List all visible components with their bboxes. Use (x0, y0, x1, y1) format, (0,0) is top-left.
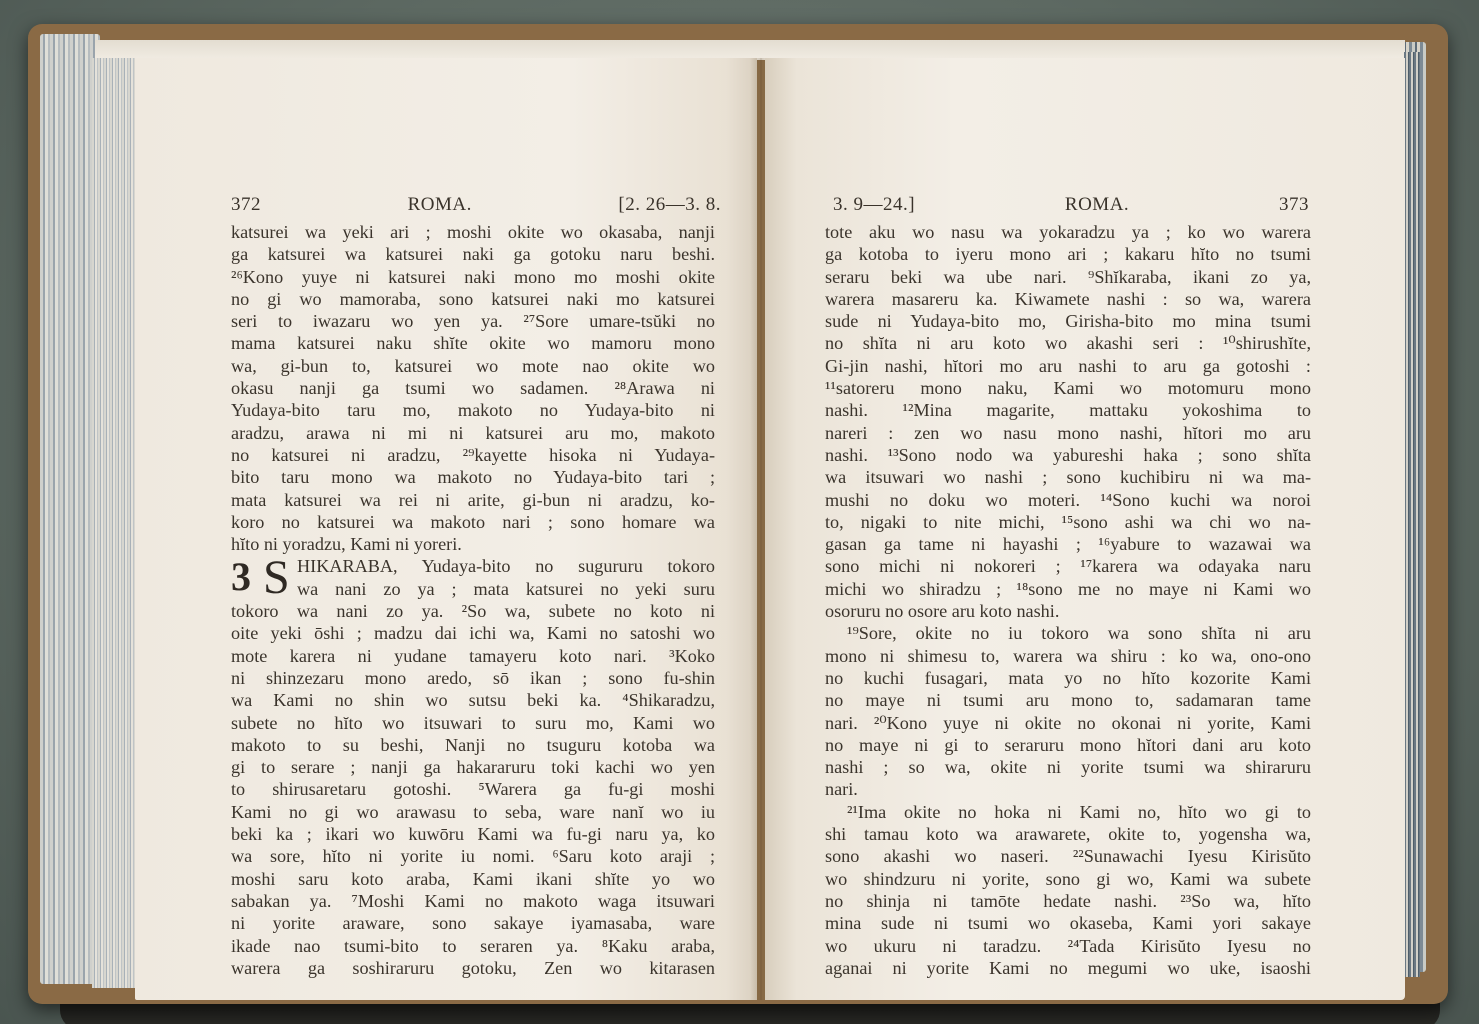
top-page-edge (95, 40, 1405, 60)
text-line: no maye ni tsumi aru mono to, sadamaran … (825, 689, 1311, 711)
text-line: mama katsurei naku shĭte okite wo mamoru… (231, 332, 715, 354)
text-line: Gi-jin nashi, hĭtori mo aru nashi to aru… (825, 355, 1311, 377)
text-line: sabakan ya. ⁷Moshi Kami no makoto waga i… (231, 890, 715, 912)
running-title: ROMA. (408, 194, 472, 216)
text-line: wa sore, hĭto ni yorite iu nomi. ⁶Saru k… (231, 845, 715, 867)
text-line: mata katsurei wa rei ni arite, gi-bun ni… (231, 489, 715, 511)
right-body-text: tote aku wo nasu wa yokaradzu ya ; ko wo… (825, 221, 1311, 979)
text-line: bito taru mono wa makoto no Yudaya-bito … (231, 466, 715, 488)
text-line: seraru beki wa ube nari. ⁹Shĭkaraba, ika… (825, 266, 1311, 288)
text-after-chapter: tokoro wa nani zo ya. ²So wa, subete no … (231, 600, 715, 979)
text-line: no katsurei ni aradzu, ²⁹kayette hisoka … (231, 444, 715, 466)
text-line: ¹¹satoreru mono naku, Kami wo motomuru m… (825, 377, 1311, 399)
left-page: 372 ROMA. [2. 26—3. 8. katsurei wa yeki … (135, 58, 757, 1000)
text-line: shi tamau koto wa arawarete, okite to, y… (825, 823, 1311, 845)
chapter-number: 3 (231, 557, 251, 597)
text-line: beki ka ; ikari wo kuwōru Kami wa fu-gi … (231, 823, 715, 845)
right-page-stack (1404, 52, 1420, 977)
text-line: nashi ; so wa, okite ni yorite tsumi wa … (825, 756, 1311, 778)
text-line: nari. ²⁰Kono yuye ni okite no okonai ni … (825, 712, 1311, 734)
text-line: ni shinzezaru mono aredo, sō ikan ; sono… (231, 667, 715, 689)
text-line: nashi. ¹³Sono nodo wa yabureshi haka ; s… (825, 444, 1311, 466)
verse-range: [2. 26—3. 8. (618, 194, 721, 216)
left-page-stack (92, 58, 137, 988)
text-line: nareri : zen wo nasu mono nashi, hĭtori … (825, 422, 1311, 444)
text-line: to shirusaretaru gotoshi. ⁵Warera ga fu-… (231, 778, 715, 800)
verse-range: 3. 9—24.] (833, 194, 915, 216)
text-line: mote karera ni yudane tamayeru koto nari… (231, 645, 715, 667)
text-line: wa itsuwari wo nashi ; sono kuchibiru ni… (825, 466, 1311, 488)
text-line: osoruru no osore aru koto nashi. (825, 600, 1311, 622)
text-line: no shinja ni tamōte hedate nashi. ²³So w… (825, 890, 1311, 912)
running-title: ROMA. (1065, 194, 1129, 216)
text-line: no kuchi fusagari, mata yo no hĭto kozor… (825, 667, 1311, 689)
text-line: aganai ni yorite Kami no megumi wo uke, … (825, 957, 1311, 979)
text-line: ga kotoba to iyeru mono ari ; kakaru hĭt… (825, 243, 1311, 265)
page-number: 373 (1279, 194, 1309, 216)
text-line: wo ukuru ni taradzu. ²⁴Tada Kirisŭto Iye… (825, 935, 1311, 957)
text-line: Yudaya-bito taru mo, makoto no Yudaya-bi… (231, 399, 715, 421)
text-line: aradzu, arawa ni mi ni katsurei aru mo, … (231, 422, 715, 444)
text-line: wo shindzuru ni yorite, sono gi wo, Kami… (825, 868, 1311, 890)
text-line: ¹⁹Sore, okite no iu tokoro wa sono shĭta… (825, 622, 1311, 644)
text-line: tokoro wa nani zo ya. ²So wa, subete no … (231, 600, 715, 622)
text-line: michi wo shiradzu ; ¹⁸sono me no maye ni… (825, 578, 1311, 600)
text-line: Kami no gi wo arawasu to seba, ware nanĭ… (231, 801, 715, 823)
text-line: wa Kami no shin wo sutsu beki ka. ⁴Shika… (231, 689, 715, 711)
drop-cap: S (263, 555, 290, 601)
text-line: ²⁶Kono yuye ni katsurei naki mono mo mos… (231, 266, 715, 288)
text-line: hĭto ni yoradzu, Kami ni yoreri. (231, 533, 715, 555)
text-line: sono michi ni nokoreri ; ¹⁷karera wa oda… (825, 555, 1311, 577)
right-running-header: 3. 9—24.] ROMA. 373 (833, 194, 1309, 220)
left-body-text: katsurei wa yeki ari ; moshi okite wo ok… (231, 221, 715, 979)
left-running-header: 372 ROMA. [2. 26—3. 8. (231, 194, 721, 220)
left-cover-page-edges (40, 34, 100, 984)
text-line: mushi no doku wo moteri. ¹⁴Sono kuchi wa… (825, 489, 1311, 511)
text-line: mina sude ni tsumi wo okaseba, Kami yori… (825, 912, 1311, 934)
text-line: ni yorite araware, sono sakaye iyamasaba… (231, 912, 715, 934)
text-line: gasan ga tame ni hayashi ; ¹⁶yabure to w… (825, 533, 1311, 555)
text-line: no gi wo mamoraba, sono katsurei naki mo… (231, 288, 715, 310)
text-line: ga katsurei wa katsurei naki ga gotoku n… (231, 243, 715, 265)
text-line: okasu nanji ga tsumi wo sadamen. ²⁸Arawa… (231, 377, 715, 399)
chapter-second-line: wa nani zo ya ; mata katsurei no yeki su… (297, 578, 715, 600)
text-line: makoto to su beshi, Nanji no tsuguru kot… (231, 734, 715, 756)
text-line: nashi. ¹²Mina magarite, mattaku yokoshim… (825, 399, 1311, 421)
text-line: no shĭta ni aru koto wo akashi seri : ¹⁰… (825, 332, 1311, 354)
text-line: tote aku wo nasu wa yokaradzu ya ; ko wo… (825, 221, 1311, 243)
text-line: gi to serare ; nanji ga hakararuru toki … (231, 756, 715, 778)
text-line: to, nigaki to nite michi, ¹⁵sono ashi wa… (825, 511, 1311, 533)
text-line: no maye ni gi to seraruru mono hĭtori da… (825, 734, 1311, 756)
text-line: mono ni shimesu to, warera wa shiru : ko… (825, 645, 1311, 667)
right-page: 3. 9—24.] ROMA. 373 tote aku wo nasu wa … (765, 58, 1405, 1000)
text-line: oite yeki ōshi ; madzu dai ichi wa, Kami… (231, 622, 715, 644)
text-line: warera ga soshiraruru gotoku, Zen wo kit… (231, 957, 715, 979)
text-line: subete no hĭto wo itsuwari to suru mo, K… (231, 712, 715, 734)
text-line: nari. (825, 778, 1311, 800)
text-line: koro no katsurei wa makoto nari ; sono h… (231, 511, 715, 533)
chapter-opening: 3 S HIKARABA, Yudaya-bito no sugururu to… (231, 555, 715, 600)
text-line: katsurei wa yeki ari ; moshi okite wo ok… (231, 221, 715, 243)
text-line: seri to iwazaru wo yen ya. ²⁷Sore umare-… (231, 310, 715, 332)
text-line: sono akashi wo naseri. ²²Sunawachi Iyesu… (825, 845, 1311, 867)
page-number: 372 (231, 194, 261, 216)
text-line: ikade nao tsumi-bito to seraren ya. ⁸Kak… (231, 935, 715, 957)
text-line: wa, gi-bun to, katsurei wo mote nao okit… (231, 355, 715, 377)
text-line: sude ni Yudaya-bito mo, Girisha-bito mo … (825, 310, 1311, 332)
text-line: ²¹Ima okite no hoka ni Kami no, hĭto wo … (825, 801, 1311, 823)
chapter-first-line: HIKARABA, Yudaya-bito no sugururu tokoro (297, 555, 715, 577)
text-before-chapter: katsurei wa yeki ari ; moshi okite wo ok… (231, 221, 715, 555)
text-line: warera masareru ka. Kiwamete nashi : so … (825, 288, 1311, 310)
text-line: moshi saru koto araba, Kami ikani shĭte … (231, 868, 715, 890)
